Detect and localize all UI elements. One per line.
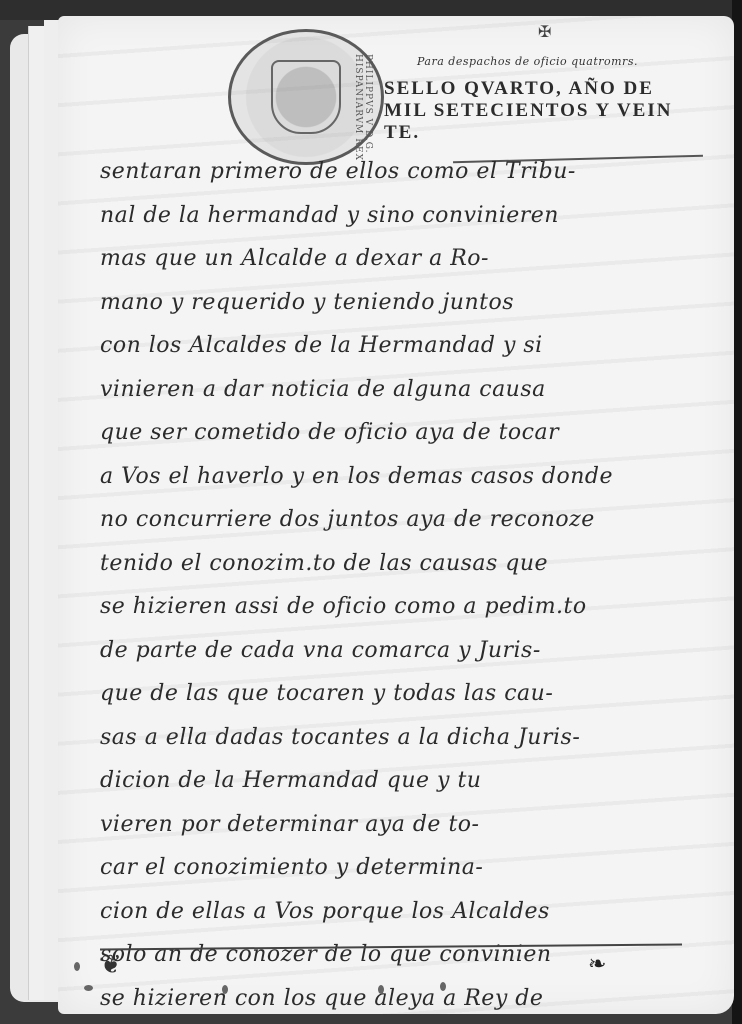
stamp-title-line: MIL SETECIENTOS Y VEIN [384, 100, 742, 122]
manuscript-line: de parte de cada vna comarca y Juris- [100, 629, 670, 673]
seal-legend: PHILIPPVS V D.G. HISPANIARVM REX [353, 54, 373, 162]
coat-of-arms-icon [271, 60, 341, 134]
stamp-title-line: SELLO QVARTO, AÑO DE [384, 78, 742, 100]
ink-spot [84, 985, 93, 991]
stamp-title-line: TE. [384, 122, 742, 144]
manuscript-line: cion de ellas a Vos porque los Alcaldes [100, 890, 670, 934]
rubric-flourish-icon: ❦ [100, 950, 122, 980]
manuscript-line: tenido el conozim.to de las causas que [100, 542, 670, 586]
manuscript-line: vieren por determinar aya de to- [100, 803, 670, 847]
manuscript-line: sentaran primero de ellos como el Tribu- [100, 150, 670, 194]
ink-spot [440, 982, 446, 991]
ink-spot [74, 962, 80, 971]
cross-mark-icon: ✠ [538, 22, 551, 41]
royal-seal-stamp: PHILIPPVS V D.G. HISPANIARVM REX [228, 29, 384, 165]
rubric-flourish-icon: ❧ [588, 952, 606, 977]
ink-spot [378, 985, 384, 994]
manuscript-line: que de las que tocaren y todas las cau- [100, 672, 670, 716]
manuscript-line: solo an de conozer de lo que convinien [100, 933, 670, 977]
manuscript-body: sentaran primero de ellos como el Tribu-… [100, 150, 670, 1020]
manuscript-line: se hizieren con los que aleya a Rey de [100, 977, 670, 1021]
stamp-title: SELLO QVARTO, AÑO DE MIL SETECIENTOS Y V… [384, 78, 742, 144]
manuscript-line: a Vos el haverlo y en los demas casos do… [100, 455, 670, 499]
manuscript-line: se hizieren assi de oficio como a pedim.… [100, 585, 670, 629]
manuscript-line: dicion de la Hermandad que y tu [100, 759, 670, 803]
manuscript-line: vinieren a dar noticia de alguna causa [100, 368, 670, 412]
manuscript-line: mas que un Alcalde a dexar a Ro- [100, 237, 670, 281]
manuscript-line: car el conozimiento y determina- [100, 846, 670, 890]
manuscript-line: sas a ella dadas tocantes a la dicha Jur… [100, 716, 670, 760]
manuscript-line: no concurriere dos juntos aya de reconoz… [100, 498, 670, 542]
ink-spot [222, 985, 228, 994]
manuscript-line: mano y requerido y teniendo juntos [100, 281, 670, 325]
stamp-use-line: Para despachos de oficio quatromrs. [417, 55, 638, 68]
manuscript-line: con los Alcaldes de la Hermandad y si [100, 324, 670, 368]
manuscript-line: nal de la hermandad y sino convinieren [100, 194, 670, 238]
manuscript-line: que ser cometido de oficio aya de tocar [100, 411, 670, 455]
